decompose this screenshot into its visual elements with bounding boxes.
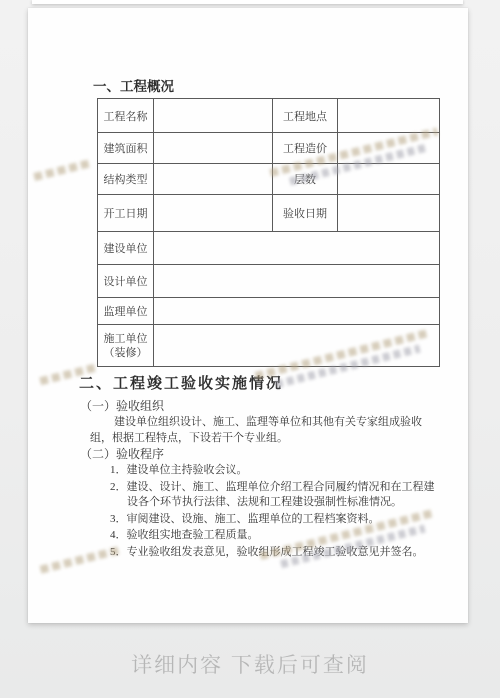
table-row: 工程名称 工程地点 (98, 99, 440, 133)
field-label: 工程地点 (273, 99, 338, 133)
field-value (154, 298, 440, 325)
field-value (154, 325, 440, 367)
field-label: 建筑面积 (98, 133, 154, 164)
field-value (154, 133, 273, 164)
list-item: 1．建设单位主持验收会议。 (110, 463, 468, 479)
list-item: 4．验收组实地查验工程质量。 (110, 528, 468, 544)
acceptance-organization-paragraph: 建设单位组织设计、施工、监理等单位和其他有关专家组成验收 组，根据工程特点，下设… (90, 415, 442, 446)
list-item: 5．专业验收组发表意见，验收组形成工程竣工验收意见并签名。 (110, 545, 468, 561)
field-value (338, 133, 440, 164)
table-row: 设计单位 (98, 265, 440, 298)
list-item: 2．建设、设计、施工、监理单位介绍工程合同履约情况和在工程建 设各个环节执行法律… (110, 480, 468, 511)
field-label: 监理单位 (98, 298, 154, 325)
field-value (338, 99, 440, 133)
document-page: 一、工程概况 工程名称 工程地点 建筑面积 工程造价 结构类型 层数 开工日期 … (28, 8, 468, 623)
table-row: 监理单位 (98, 298, 440, 325)
table-row: 施工单位 （装修） (98, 325, 440, 367)
preview-canvas: { "colors": { "canvas_bg": "#eeeeee", "p… (0, 0, 500, 698)
field-value (154, 265, 440, 298)
subsection-title-acceptance-procedure: （二）验收程序 (80, 447, 468, 461)
table-row: 开工日期 验收日期 (98, 195, 440, 232)
field-label: 工程造价 (273, 133, 338, 164)
watermark (33, 159, 92, 186)
field-value (154, 195, 273, 232)
section1-heading: 一、工程概况 (93, 79, 468, 95)
download-hint: 详细内容 下载后可查阅 (0, 649, 500, 679)
field-label: 开工日期 (98, 195, 154, 232)
field-label: 验收日期 (273, 195, 338, 232)
project-overview-table: 工程名称 工程地点 建筑面积 工程造价 结构类型 层数 开工日期 验收日期 建设… (97, 98, 440, 367)
table-row: 建筑面积 工程造价 (98, 133, 440, 164)
field-value (154, 164, 273, 195)
field-label: 建设单位 (98, 232, 154, 265)
list-item: 3．审阅建设、设施、施工、监理单位的工程档案资料。 (110, 512, 468, 528)
table-row: 建设单位 (98, 232, 440, 265)
acceptance-procedure-list: 1．建设单位主持验收会议。 2．建设、设计、施工、监理单位介绍工程合同履约情况和… (28, 463, 468, 560)
field-value (338, 164, 440, 195)
field-label: 施工单位 （装修） (98, 325, 154, 367)
previous-page-edge (32, 0, 463, 4)
field-label: 设计单位 (98, 265, 154, 298)
section2-heading: 二、工程竣工验收实施情况 (79, 375, 468, 393)
field-label: 结构类型 (98, 164, 154, 195)
field-value (338, 195, 440, 232)
field-value (154, 99, 273, 133)
field-label: 工程名称 (98, 99, 154, 133)
field-label: 层数 (273, 164, 338, 195)
table-row: 结构类型 层数 (98, 164, 440, 195)
subsection-title-acceptance-organization: （一）验收组织 (80, 399, 468, 414)
field-value (154, 232, 440, 265)
